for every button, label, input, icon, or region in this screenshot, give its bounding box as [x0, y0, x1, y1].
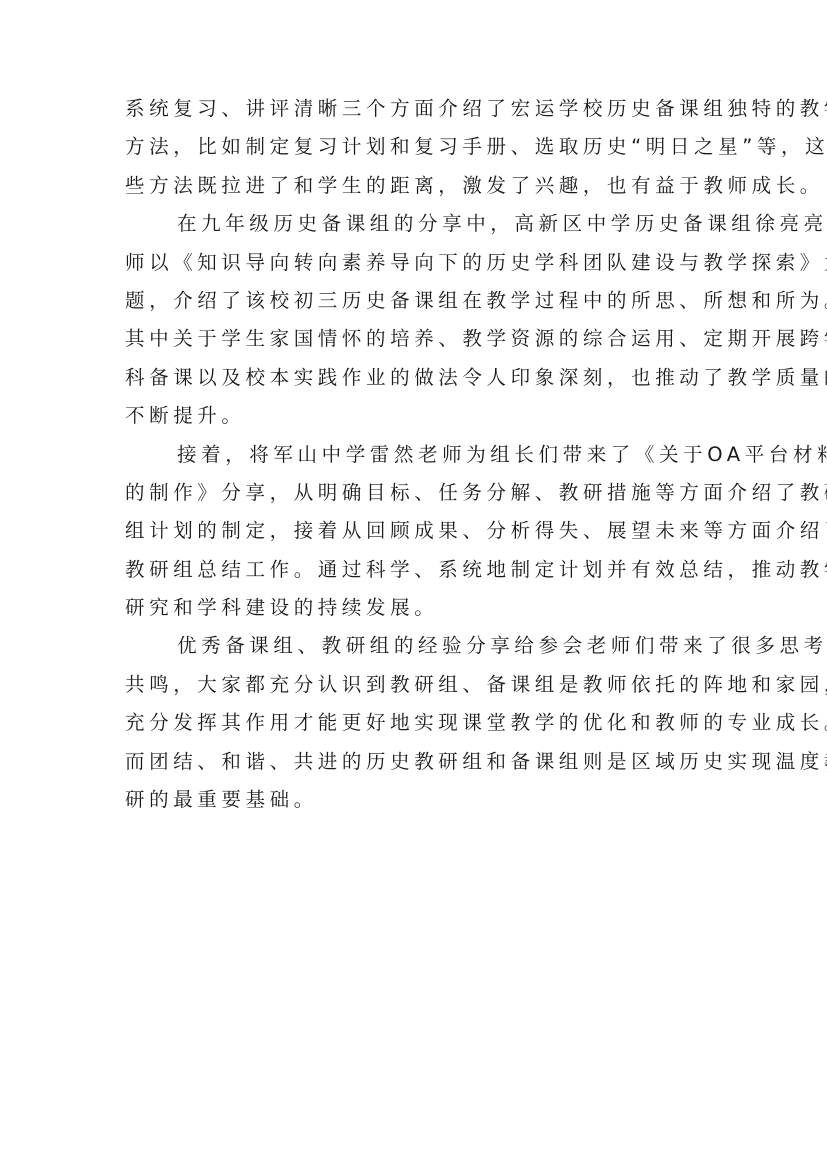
text-line: 不断提升。 — [125, 397, 703, 435]
paragraph-2: 在九年级历史备课组的分享中，高新区中学历史备课组徐亮亮老 师以《知识导向转向素养… — [125, 205, 703, 435]
body-text: 系统复习、讲评清晰三个方面介绍了宏运学校历史备课组独特的教学 方法，比如制定复习… — [125, 90, 703, 819]
document-page: 系统复习、讲评清晰三个方面介绍了宏运学校历史备课组独特的教学 方法，比如制定复习… — [0, 0, 827, 1170]
text-line: 接着，将军山中学雷然老师为组长们带来了《关于OA平台材料 — [125, 436, 703, 474]
text-line: 方法，比如制定复习计划和复习手册、选取历史“明日之星”等，这 — [125, 128, 703, 166]
text-line: 优秀备课组、教研组的经验分享给参会老师们带来了很多思考和 — [125, 627, 703, 665]
paragraph-1: 系统复习、讲评清晰三个方面介绍了宏运学校历史备课组独特的教学 方法，比如制定复习… — [125, 90, 703, 205]
text-line: 科备课以及校本实践作业的做法令人印象深刻，也推动了教学质量的 — [125, 359, 703, 397]
paragraph-4: 优秀备课组、教研组的经验分享给参会老师们带来了很多思考和 共鸣，大家都充分认识到… — [125, 627, 703, 819]
text-line: 题，介绍了该校初三历史备课组在教学过程中的所思、所想和所为。 — [125, 282, 703, 320]
text-line: 共鸣，大家都充分认识到教研组、备课组是教师依托的阵地和家园， — [125, 666, 703, 704]
text-line: 研究和学科建设的持续发展。 — [125, 589, 703, 627]
text-line: 系统复习、讲评清晰三个方面介绍了宏运学校历史备课组独特的教学 — [125, 90, 703, 128]
text-line: 其中关于学生家国情怀的培养、教学资源的综合运用、定期开展跨学 — [125, 320, 703, 358]
text-line: 教研组总结工作。通过科学、系统地制定计划并有效总结，推动教学 — [125, 551, 703, 589]
text-line: 的制作》分享，从明确目标、任务分解、教研措施等方面介绍了教研 — [125, 474, 703, 512]
text-line: 而团结、和谐、共进的历史教研组和备课组则是区域历史实现温度教 — [125, 743, 703, 781]
text-line: 研的最重要基础。 — [125, 781, 703, 819]
text-line: 在九年级历史备课组的分享中，高新区中学历史备课组徐亮亮老 — [125, 205, 703, 243]
text-line: 师以《知识导向转向素养导向下的历史学科团队建设与教学探索》为 — [125, 244, 703, 282]
text-line: 些方法既拉进了和学生的距离，激发了兴趣，也有益于教师成长。 — [125, 167, 703, 205]
paragraph-3: 接着，将军山中学雷然老师为组长们带来了《关于OA平台材料 的制作》分享，从明确目… — [125, 436, 703, 628]
text-line: 组计划的制定，接着从回顾成果、分析得失、展望未来等方面介绍了 — [125, 512, 703, 550]
text-line: 充分发挥其作用才能更好地实现课堂教学的优化和教师的专业成长。 — [125, 704, 703, 742]
